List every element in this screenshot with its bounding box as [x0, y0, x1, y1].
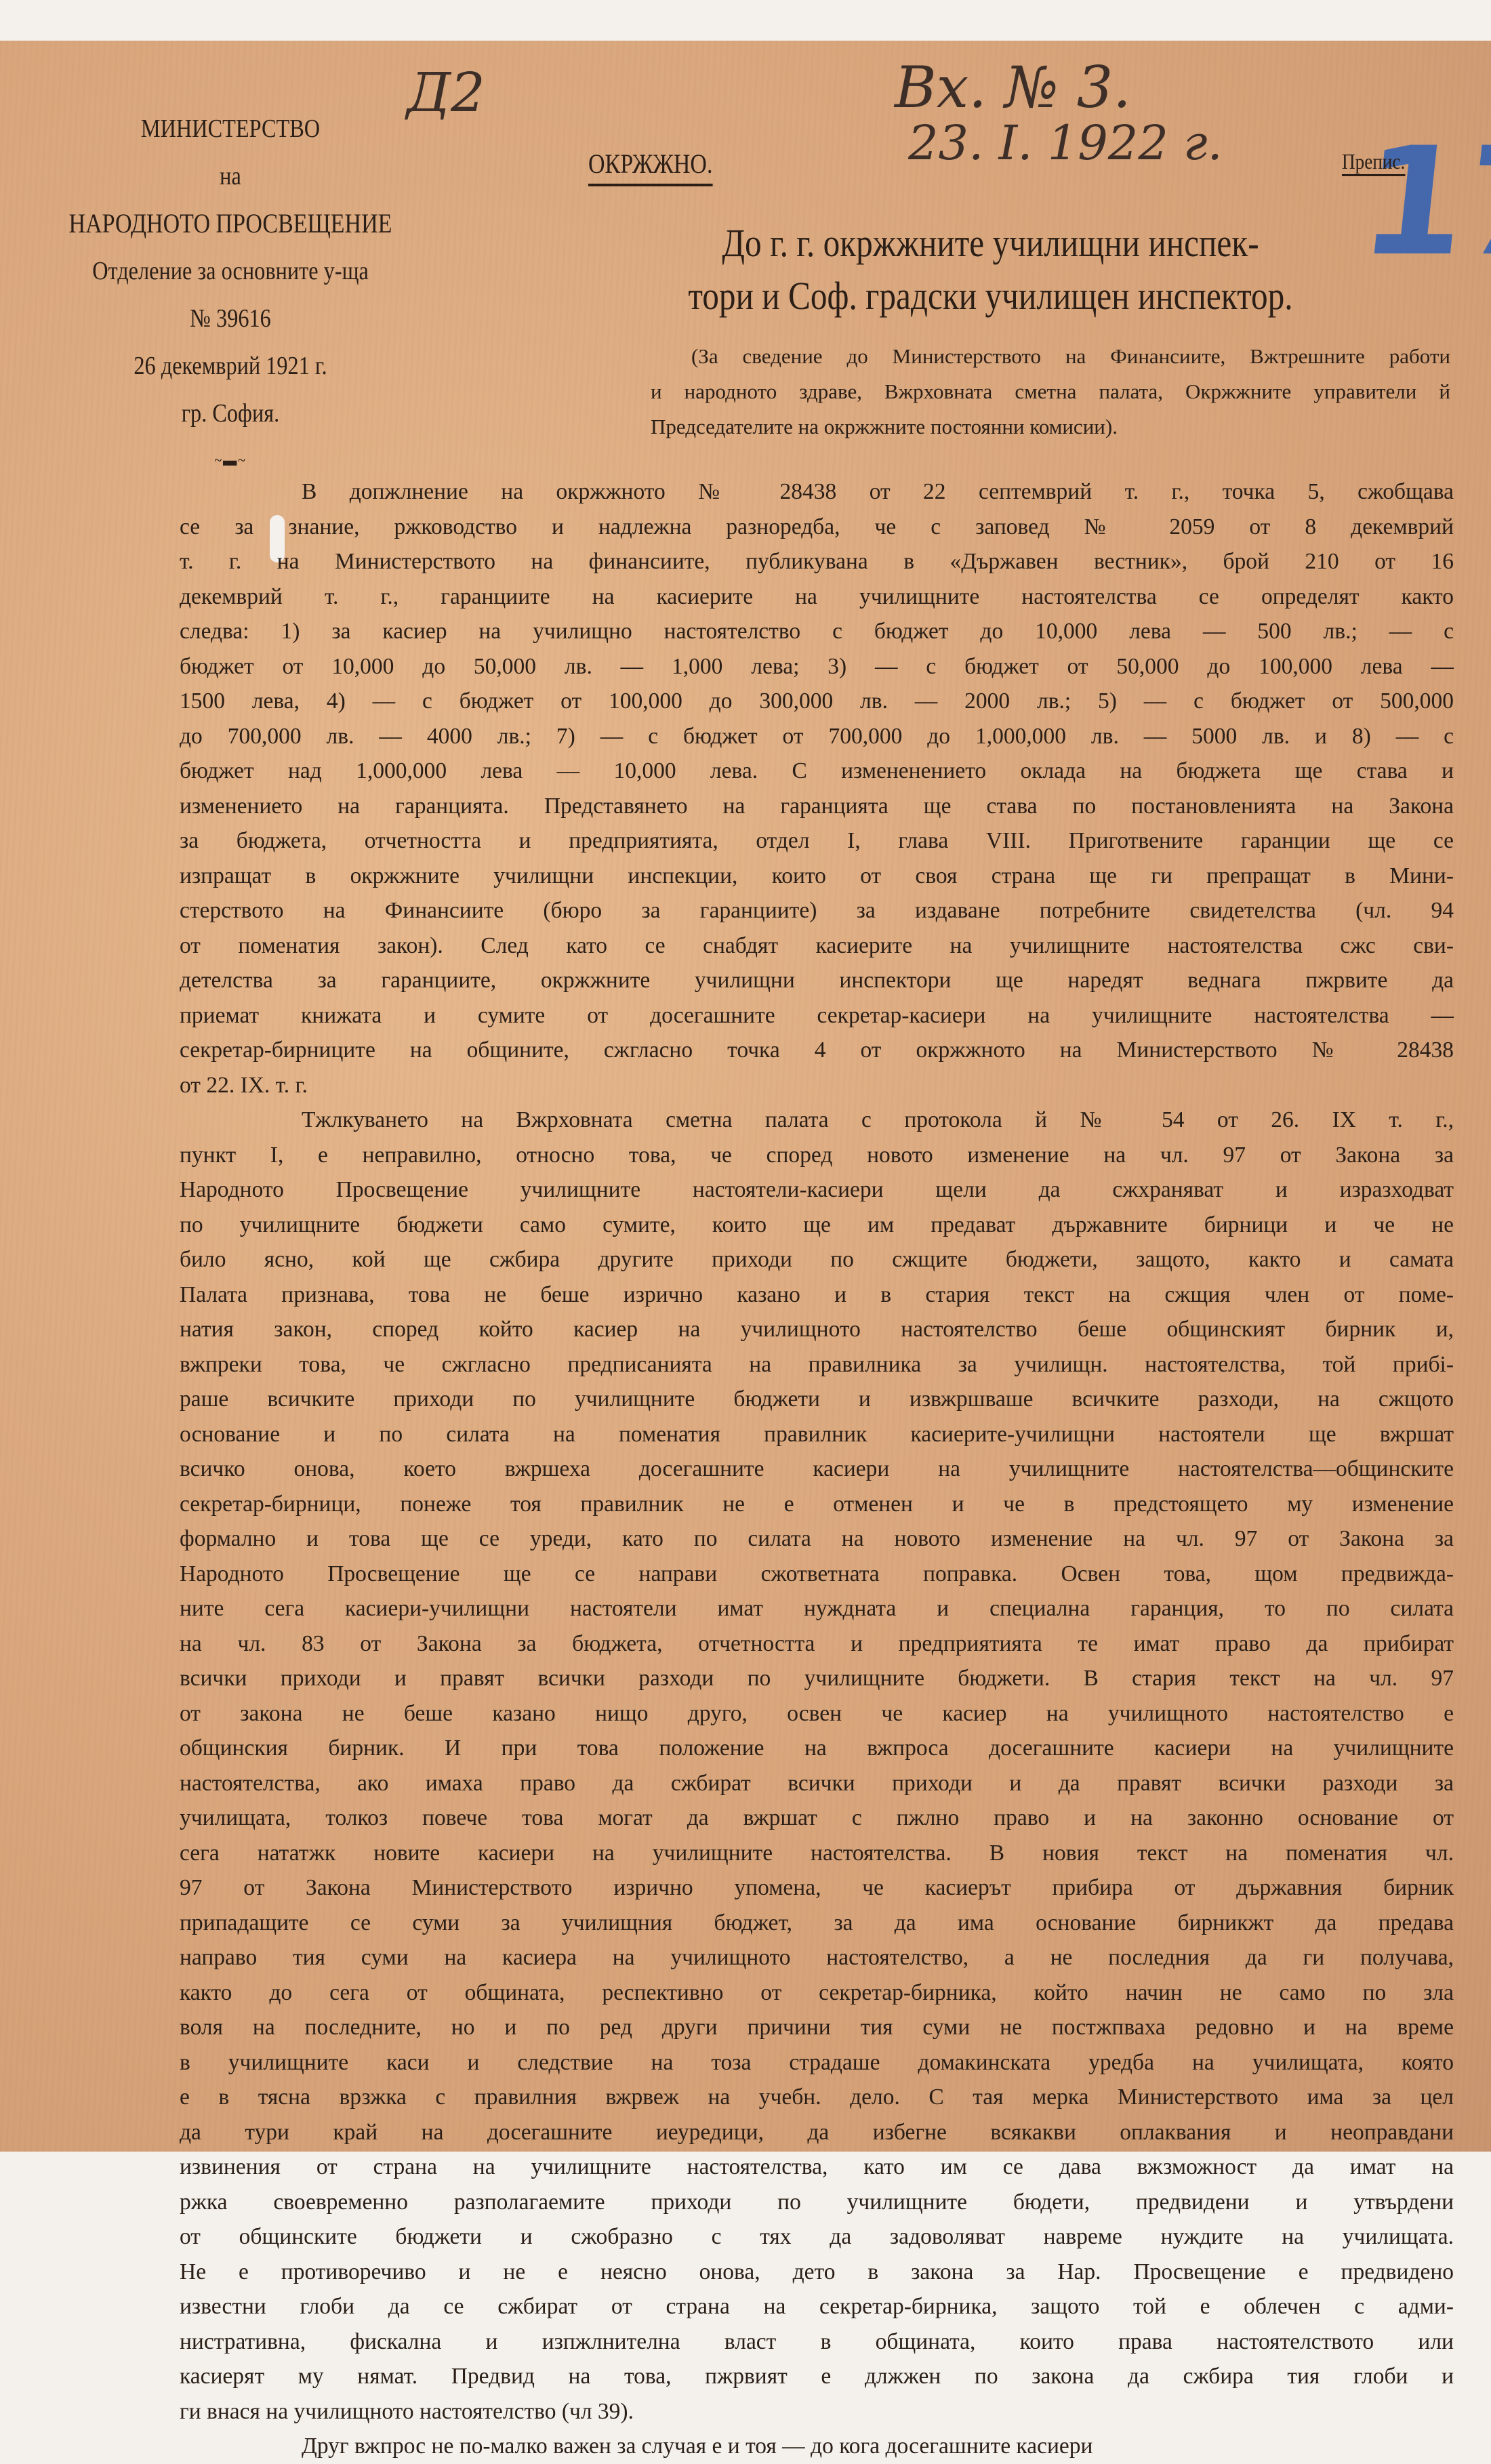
- body-line: от 22. IX. т. г.: [180, 1068, 1454, 1103]
- body-line: бюджет над 1,000,000 лева — 10,000 лева.…: [180, 754, 1454, 789]
- addressee-line: тори и Соф. градски училищен инспектор.: [651, 270, 1330, 323]
- document-number: № 39616: [35, 295, 426, 342]
- body-line: формално и това ще се уреди, като по сил…: [180, 1521, 1454, 1557]
- document-page: Д2 Вх. № 3. 23. I. 1922 г. 17 МИНИСТЕРСТ…: [0, 41, 1491, 2152]
- body-line: в училищните каси и следствие на тоза ст…: [180, 2045, 1454, 2080]
- body-paragraph: Тжлкуването на Вжрховната сметна палата …: [180, 1103, 1454, 2152]
- body-line: по училищните бюджети само сумите, които…: [180, 1208, 1454, 1243]
- department-line: Отделение за основните у-ща: [35, 247, 426, 295]
- note-line: и народното здраве, Вжрховната сметна па…: [651, 374, 1450, 409]
- blue-pencil-mark: 17: [1353, 115, 1491, 289]
- ministry-header: МИНИСТЕРСТВО на НАРОДНОТО ПРОСВЕЩЕНИЕ От…: [0, 105, 461, 485]
- ministry-line: НАРОДНОТО ПРОСВЕЩЕНИЕ: [35, 200, 426, 247]
- body-line: било ясно, кой ще сжбира другите приходи…: [180, 1242, 1454, 1277]
- body-line: раше всичките приходи по училищните бюдж…: [180, 1382, 1454, 1417]
- distribution-note: (За сведение до Министерството на Финанс…: [651, 339, 1450, 445]
- circular-label: ОКРЖЖНО.: [588, 148, 712, 186]
- body-line: на чл. 83 от Закона за бюджета, отчетнос…: [180, 1626, 1454, 1662]
- body-line: Народното Просвещение ще се направи сжот…: [180, 1557, 1454, 1592]
- body-line: е в тясна врзжка с правилния вжрвеж на у…: [180, 2080, 1454, 2115]
- body-line: 1500 лева, 4) — с бюджет от 100,000 до 3…: [180, 684, 1454, 719]
- body-line: се за знание, ржководство и надлежна раз…: [180, 510, 1454, 545]
- handwritten-date: 23. I. 1922 г.: [908, 115, 1223, 171]
- body-line: натия закон, според който касиер на учил…: [180, 1312, 1454, 1347]
- body-line: настоятелства, ако имаха право да сжбира…: [180, 1766, 1454, 1801]
- note-line: Председателите на окржжните постоянни ко…: [651, 409, 1450, 445]
- document-city: гр. София.: [35, 390, 426, 437]
- body-line: изменението на гаранцията. Представянето…: [180, 789, 1454, 824]
- addressee: До г. г. окржжните училищни инспек- тори…: [651, 217, 1330, 323]
- body-line: основание и по силата на поменатия прави…: [180, 1417, 1454, 1452]
- ministry-line: МИНИСТЕРСТВО: [35, 105, 426, 152]
- body-line: приемат книжата и сумите от досегашните …: [180, 998, 1454, 1033]
- body-line: припадащите се суми за училищния бюджет,…: [180, 1906, 1454, 1941]
- ministry-line: на: [35, 152, 426, 200]
- body-line: бюджет от 10,000 до 50,000 лв. — 1,000 л…: [180, 649, 1454, 684]
- body-line: направо тия суми на касиера на училищнот…: [180, 1940, 1454, 1975]
- body-line: секретар-бирници, понеже тоя правилник н…: [180, 1487, 1454, 1522]
- body-line: да тури край на досегашните иеуредици, д…: [180, 2115, 1454, 2150]
- body-line: от поменатия закон). След като се снабдя…: [180, 928, 1454, 964]
- body-line: пункт I, е неправилно, относно това, че …: [180, 1138, 1454, 1173]
- body-line: изпращат в окржжните училищни инспекции,…: [180, 859, 1454, 894]
- body-line: Палата признава, това не беше изрично ка…: [180, 1277, 1454, 1313]
- body-line: Тжлкуването на Вжрховната сметна палата …: [180, 1103, 1454, 1138]
- handwritten-incoming-number: Вх. № 3.: [895, 54, 1131, 121]
- body-line: секретар-бирниците на общините, сжгласно…: [180, 1033, 1454, 1068]
- body-line: от закона не беше казано нищо друго, осв…: [180, 1696, 1454, 1731]
- body-line: училищата, толкоз повече това могат да в…: [180, 1801, 1454, 1836]
- body-line: до 700,000 лв. — 4000 лв.; 7) — с бюджет…: [180, 719, 1454, 754]
- addressee-line: До г. г. окржжните училищни инспек-: [651, 217, 1330, 270]
- body-line: сега нататжк новите касиери на училищнит…: [180, 1836, 1454, 1871]
- body-line: следва: 1) за касиер на училищно настоят…: [180, 614, 1454, 649]
- body-paragraph: В допжлнение на окржжното № 28438 от 22 …: [180, 474, 1454, 1103]
- body-line: за бюджета, отчетността и предприятията,…: [180, 823, 1454, 859]
- body-line: В допжлнение на окржжното № 28438 от 22 …: [180, 474, 1454, 510]
- body-line: воля на последните, но и по ред други пр…: [180, 2010, 1454, 2045]
- document-date: 26 декемврий 1921 г.: [35, 342, 426, 390]
- body-line: детелства за гаранциите, окржжните учили…: [180, 963, 1454, 998]
- body-line: декемврий т. г., гаранциите на касиерите…: [180, 579, 1454, 615]
- body-line: вжпреки това, че сжгласно предписанията …: [180, 1347, 1454, 1382]
- body-line: общинския бирник. И при това положение н…: [180, 1731, 1454, 1766]
- body-line: както до сега от общината, респективно о…: [180, 1975, 1454, 2011]
- body-line: т. г. на Министерството на финансиите, п…: [180, 544, 1454, 579]
- body-line: Народното Просвещение училищните настоят…: [180, 1172, 1454, 1208]
- body-line: ните сега касиери-училищни настоятели им…: [180, 1591, 1454, 1626]
- body-line: 97 от Закона Министерството изрично упом…: [180, 1870, 1454, 1906]
- document-body: В допжлнение на окржжното № 28438 от 22 …: [180, 474, 1454, 2152]
- body-line: всичко онова, което вжршеха досегашните …: [180, 1452, 1454, 1487]
- body-line: стерството на Финансиите (бюро за гаранц…: [180, 893, 1454, 928]
- note-line: (За сведение до Министерството на Финанс…: [651, 339, 1450, 374]
- body-line: всички приходи и правят всички разходи п…: [180, 1661, 1454, 1696]
- copy-label: Препис.: [1342, 149, 1405, 176]
